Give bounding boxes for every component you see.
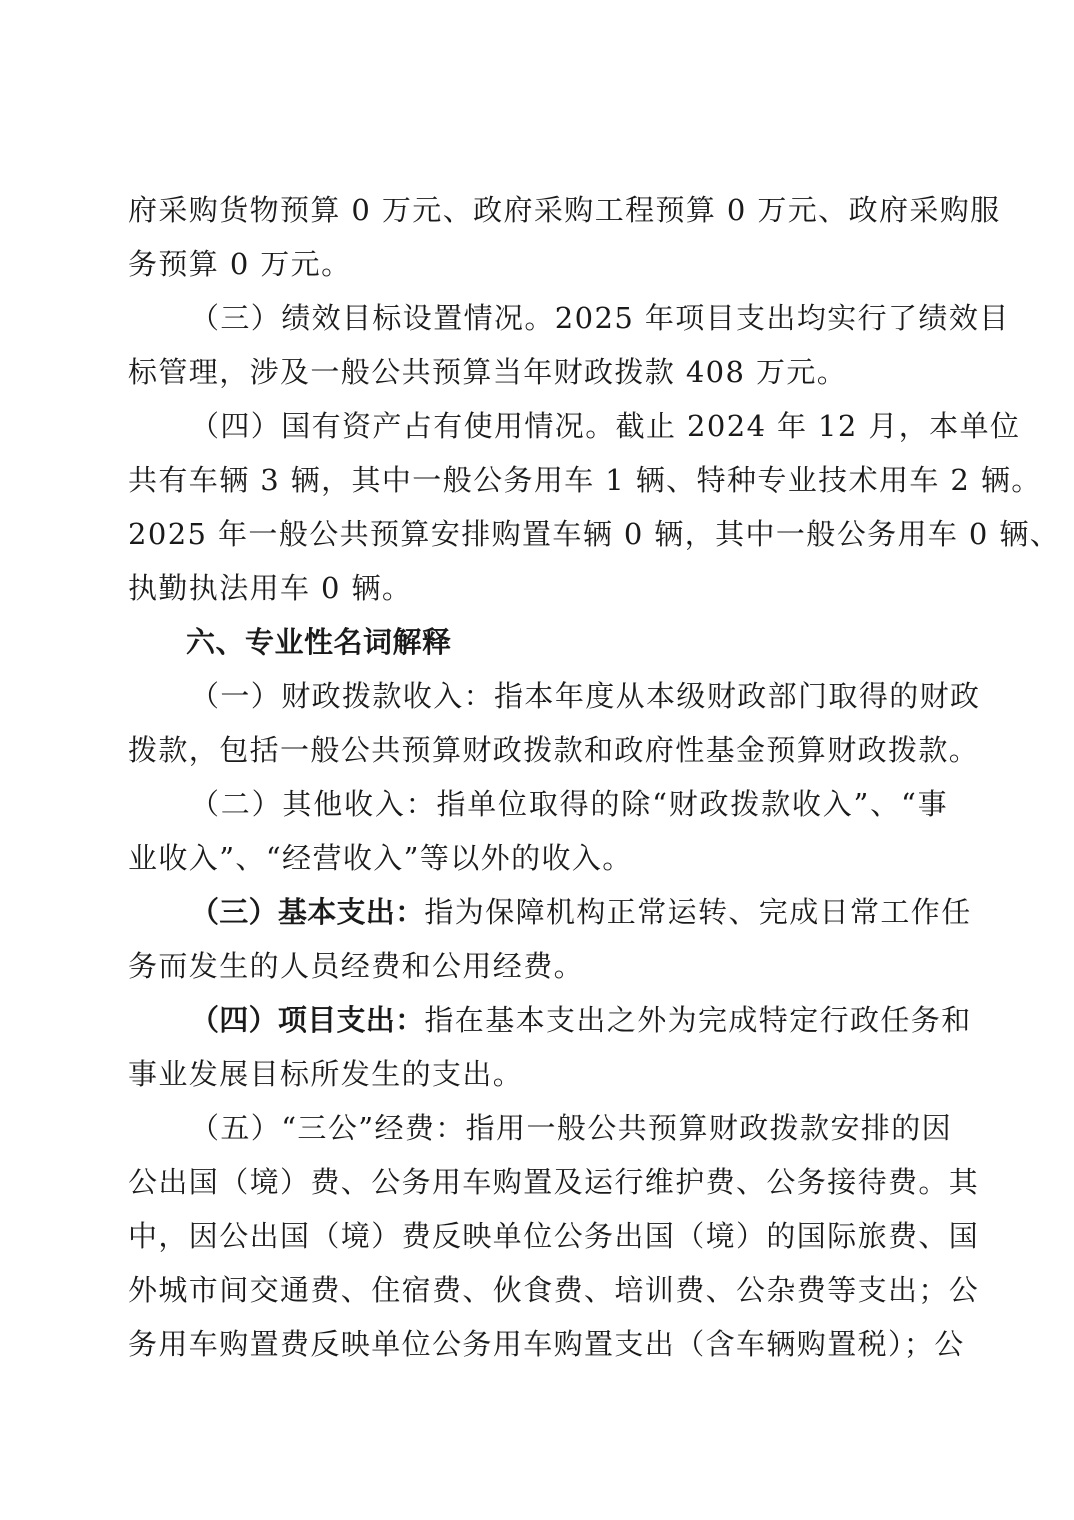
- document-page: 府采购货物预算 0 万元、政府采购工程预算 0 万元、政府采购服 务预算 0 万…: [0, 0, 1074, 1520]
- definition-text: 指在基本支出之外为完成特定行政任务和: [424, 1003, 971, 1037]
- definition-term: （四）项目支出：: [190, 1003, 424, 1037]
- definition-project-expenditure: （四）项目支出：指在基本支出之外为完成特定行政任务和: [190, 1000, 948, 1040]
- definition-term: （三）基本支出：: [190, 895, 424, 929]
- definition-financial-appropriation: （一）财政拨款收入：指本年度从本级财政部门取得的财政: [190, 676, 948, 716]
- definition-other-income: （二）其他收入：指单位取得的除“财政拨款收入”、“事: [190, 784, 948, 824]
- definition-basic-expenditure: （三）基本支出：指为保障机构正常运转、完成日常工作任: [190, 892, 948, 932]
- definition-three-public-expenses: （五）“三公”经费：指用一般公共预算财政拨款安排的因: [190, 1108, 948, 1148]
- definition-text: 指为保障机构正常运转、完成日常工作任: [424, 895, 971, 929]
- definition-text: 指用一般公共预算财政拨款安排的因: [466, 1111, 952, 1145]
- paragraph-line: （四）国有资产占有使用情况。截止 2024 年 12 月，本单位: [190, 406, 948, 446]
- paragraph-line: （三）绩效目标设置情况。2025 年项目支出均实行了绩效目: [190, 298, 948, 338]
- paragraph-line: 外城市间交通费、住宿费、伙食费、培训费、公杂费等支出；公: [128, 1270, 948, 1310]
- definition-text: 指单位取得的除“财政拨款收入”、“事: [436, 787, 948, 821]
- section-heading: 六、专业性名词解释: [186, 622, 1006, 662]
- paragraph-line: 共有车辆 3 辆，其中一般公务用车 1 辆、特种专业技术用车 2 辆。: [128, 460, 948, 500]
- paragraph-line: 务用车购置费反映单位公务用车购置支出（含车辆购置税）；公: [128, 1324, 948, 1364]
- paragraph-line: 2025 年一般公共预算安排购置车辆 0 辆，其中一般公务用车 0 辆、: [128, 514, 948, 554]
- paragraph-line: 府采购货物预算 0 万元、政府采购工程预算 0 万元、政府采购服: [128, 190, 948, 230]
- definition-text: 指本年度从本级财政部门取得的财政: [494, 679, 980, 713]
- paragraph-line: 业收入”、“经营收入”等以外的收入。: [128, 838, 948, 878]
- definition-term: （五）“三公”经费：: [190, 1111, 466, 1145]
- paragraph-line: 中，因公出国（境）费反映单位公务出国（境）的国际旅费、国: [128, 1216, 948, 1256]
- paragraph-line: 务而发生的人员经费和公用经费。: [128, 946, 948, 986]
- paragraph-line: 执勤执法用车 0 辆。: [128, 568, 948, 608]
- paragraph-line: 事业发展目标所发生的支出。: [128, 1054, 948, 1094]
- paragraph-line: 务预算 0 万元。: [128, 244, 948, 284]
- paragraph-line: 公出国（境）费、公务用车购置及运行维护费、公务接待费。其: [128, 1162, 948, 1202]
- definition-term: （二）其他收入：: [190, 787, 436, 821]
- paragraph-line: 拨款，包括一般公共预算财政拨款和政府性基金预算财政拨款。: [128, 730, 948, 770]
- paragraph-line: 标管理，涉及一般公共预算当年财政拨款 408 万元。: [128, 352, 948, 392]
- definition-term: （一）财政拨款收入：: [190, 679, 494, 713]
